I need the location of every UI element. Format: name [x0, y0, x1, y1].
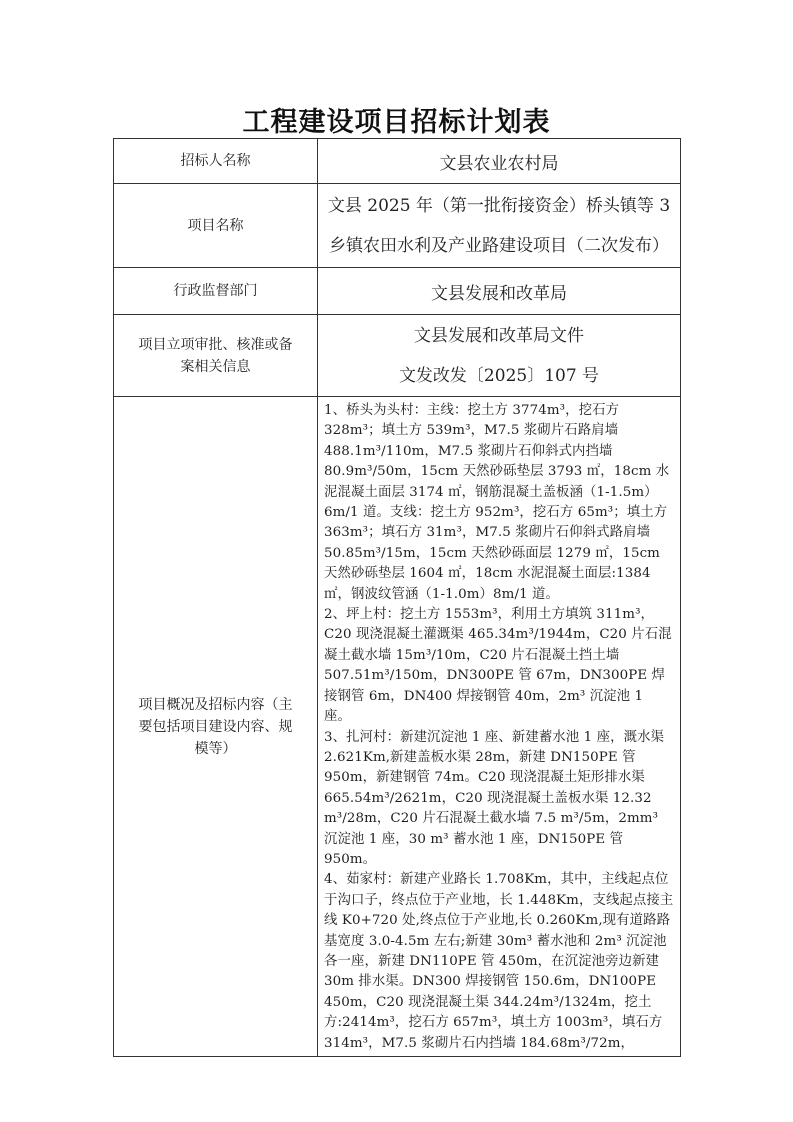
- village-item-zhahe: 3、扎河村：新建沉淀池 1 座、新建蓄水池 1 座，溉水渠 2.621Km,新建…: [324, 728, 674, 871]
- project-overview-content: 1、桥头为头村：主线：挖土方 3774m³，挖石方 328m³；填土方 539m…: [318, 397, 681, 1057]
- village-item-rujia: 4、茹家村：新建产业路长 1.708Km，其中，主线起点位于沟口子，终点位于产业…: [324, 870, 674, 1054]
- village-item-qiaotou: 1、桥头为头村：主线：挖土方 3774m³，挖石方 328m³；填土方 539m…: [324, 401, 674, 605]
- approval-doc-line-1: 文县发展和改革局文件: [318, 316, 680, 356]
- approval-doc-line-2: 文发改发〔2025〕107 号: [318, 356, 680, 396]
- overview-label-line-3: 模等）: [120, 738, 311, 760]
- supervisor-value: 文县发展和改革局: [318, 268, 681, 315]
- table-row-supervisor: 行政监督部门 文县发展和改革局: [114, 268, 681, 315]
- project-name-line-2: 乡镇农田水利及产业路建设项目（二次发布）: [318, 226, 680, 266]
- bidding-plan-table: 招标人名称 文县农业农村局 项目名称 文县 2025 年（第一批衔接资金）桥头镇…: [113, 138, 681, 1057]
- project-overview-label: 项目概况及招标内容（主 要包括项目建设内容、规 模等）: [114, 397, 318, 1057]
- approval-label-line-2: 案相关信息: [120, 356, 311, 378]
- page-title: 工程建设项目招标计划表: [0, 100, 793, 139]
- table-row-project-name: 项目名称 文县 2025 年（第一批衔接资金）桥头镇等 3 乡镇农田水利及产业路…: [114, 184, 681, 268]
- approval-info-value: 文县发展和改革局文件 文发改发〔2025〕107 号: [318, 315, 681, 397]
- approval-info-label: 项目立项审批、核准或备 案相关信息: [114, 315, 318, 397]
- table-row-tenderer: 招标人名称 文县农业农村局: [114, 139, 681, 184]
- supervisor-label: 行政监督部门: [114, 268, 318, 315]
- table-row-approval-info: 项目立项审批、核准或备 案相关信息 文县发展和改革局文件 文发改发〔2025〕1…: [114, 315, 681, 397]
- overview-label-line-2: 要包括项目建设内容、规: [120, 716, 311, 738]
- table-row-project-overview: 项目概况及招标内容（主 要包括项目建设内容、规 模等） 1、桥头为头村：主线：挖…: [114, 397, 681, 1057]
- village-item-pingshang: 2、坪上村：挖土方 1553m³，利用土方填筑 311m³，C20 现浇混凝土灌…: [324, 605, 674, 727]
- overview-label-line-1: 项目概况及招标内容（主: [120, 694, 311, 716]
- tenderer-value: 文县农业农村局: [318, 139, 681, 184]
- project-name-label: 项目名称: [114, 184, 318, 268]
- project-name-value: 文县 2025 年（第一批衔接资金）桥头镇等 3 乡镇农田水利及产业路建设项目（…: [318, 184, 681, 268]
- tenderer-label: 招标人名称: [114, 139, 318, 184]
- project-name-line-1: 文县 2025 年（第一批衔接资金）桥头镇等 3: [318, 186, 680, 226]
- approval-label-line-1: 项目立项审批、核准或备: [120, 334, 311, 356]
